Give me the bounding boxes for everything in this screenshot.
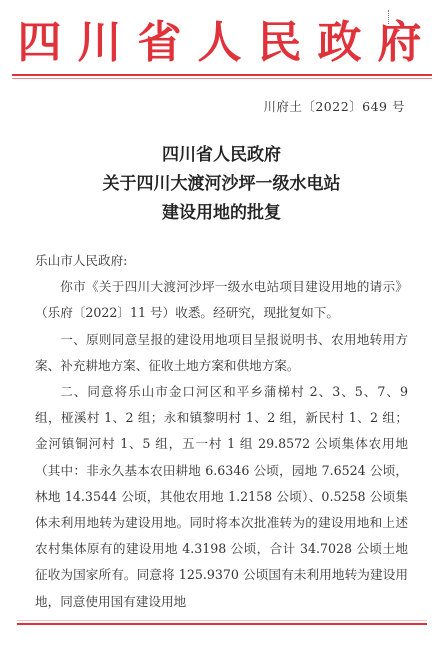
title-line-3: 建设用地的批复 [0,199,443,228]
archive-mark [388,10,391,24]
paragraph-item-1: 一、原则同意呈报的建设用地项目呈报说明书、农用地转用方案、补充耕地方案、征收土地… [35,327,408,379]
footer-rule [17,623,427,625]
document-body: 乐山市人民政府: 你市《关于四川大渡河沙坪一级水电站项目建设用地的请示》（乐府〔… [35,248,408,615]
masthead-rule-thin [12,78,432,79]
masthead: 四川省人民政府 [0,18,443,68]
salutation: 乐山市人民政府: [35,248,408,274]
document-number: 川府土〔2022〕649 号 [263,97,405,115]
title-line-1: 四川省人民政府 [0,141,443,170]
title-line-2: 关于四川大渡河沙坪一级水电站 [0,170,443,199]
paragraph-intro: 你市《关于四川大渡河沙坪一级水电站项目建设用地的请示》（乐府〔2022〕11 号… [35,274,408,326]
paragraph-item-2: 二、同意将乐山市金口河区和平乡蒲梯村 2、3、5、7、9 组，桠溪村 1、2 组… [35,379,408,615]
footer-rule-thin [17,620,427,621]
masthead-rule [12,74,432,76]
document-title: 四川省人民政府 关于四川大渡河沙坪一级水电站 建设用地的批复 [0,141,443,228]
